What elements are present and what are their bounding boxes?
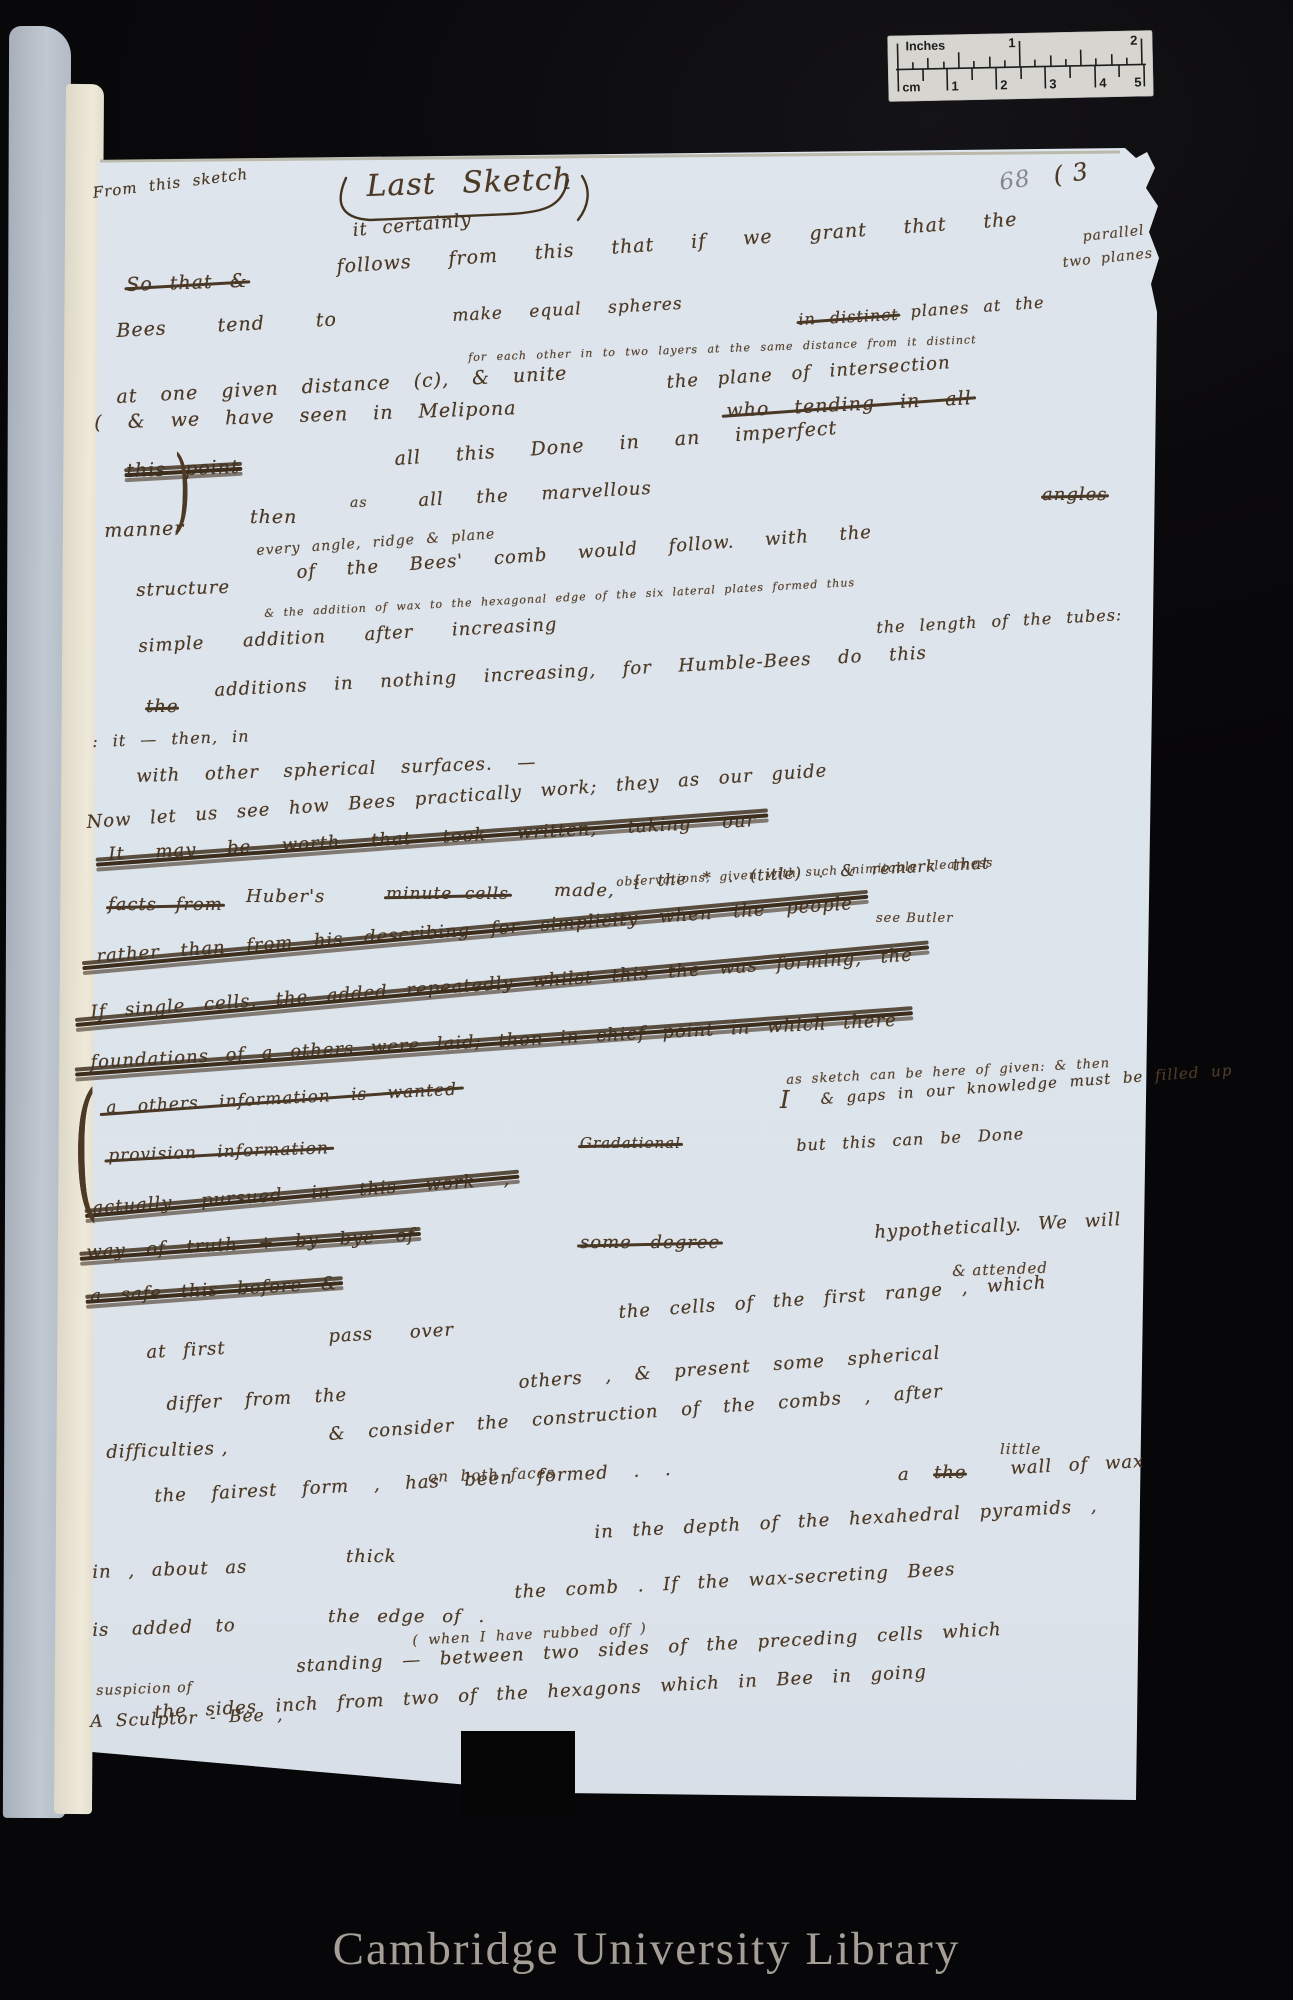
- handwritten-insertion: as: [350, 496, 368, 510]
- handwritten-line: made,: [554, 882, 615, 900]
- handwritten-line: then: [250, 508, 297, 527]
- ruler-inch-2: 2: [1130, 33, 1138, 48]
- ruler-inch-1: 1: [1008, 35, 1016, 50]
- handwritten-line-struck: minute cells: [386, 886, 509, 903]
- ruler-inches-label: Inches: [905, 39, 945, 54]
- library-watermark: Cambridge University Library: [0, 1922, 1293, 1976]
- handwritten-line-struck: some degree: [580, 1234, 720, 1252]
- handwritten-line-struck: the: [146, 698, 178, 716]
- handwritten-line: is added to: [92, 1617, 236, 1640]
- handwritten-line-struck: Gradational: [580, 1136, 681, 1151]
- manuscript-scan: Last Sketch 68 ( 3 From this sketch it c…: [0, 0, 1293, 2000]
- handwritten-line: a: [898, 1466, 910, 1484]
- ruler-cm-1: 1: [951, 78, 959, 93]
- handwritten-line: structure: [136, 579, 230, 600]
- handwritten-line-struck: So that &: [126, 272, 248, 295]
- handwritten-line-struck: the: [934, 1464, 966, 1482]
- handwritten-line-struck: angles: [1042, 486, 1108, 504]
- handwritten-line: the edge of .: [328, 1608, 485, 1626]
- handwritten-mark: I: [780, 1088, 790, 1112]
- handwritten-line: difficulties ,: [106, 1440, 229, 1462]
- scale-ruler: Inches 1 2 cm 1 2 3 4 5: [887, 30, 1153, 107]
- handwritten-line: thick: [346, 1548, 397, 1566]
- handwritten-line: Huber's: [246, 888, 325, 906]
- handwritten-line-struck: facts from: [108, 896, 223, 914]
- handwritten-insertion: suspicion of: [96, 1681, 193, 1698]
- handwritten-insertion: see Butler: [876, 912, 953, 925]
- ruler-cm-5: 5: [1134, 74, 1142, 89]
- handwritten-line: at first: [146, 1340, 226, 1362]
- folio-number-ink: ( 3: [1052, 159, 1090, 188]
- ruler-cm-2: 2: [1000, 77, 1008, 92]
- black-fastening-tab: [461, 1731, 575, 1815]
- ruler-cm-label: cm: [902, 80, 920, 94]
- handwritten-insertion: little: [1000, 1442, 1041, 1457]
- ruler-cm-4: 4: [1099, 75, 1107, 90]
- paren-mark: (: [72, 1074, 99, 1226]
- folio-number-pencil: 68: [998, 168, 1032, 195]
- ruler-cm-3: 3: [1049, 76, 1057, 91]
- paren-mark: ): [172, 444, 192, 537]
